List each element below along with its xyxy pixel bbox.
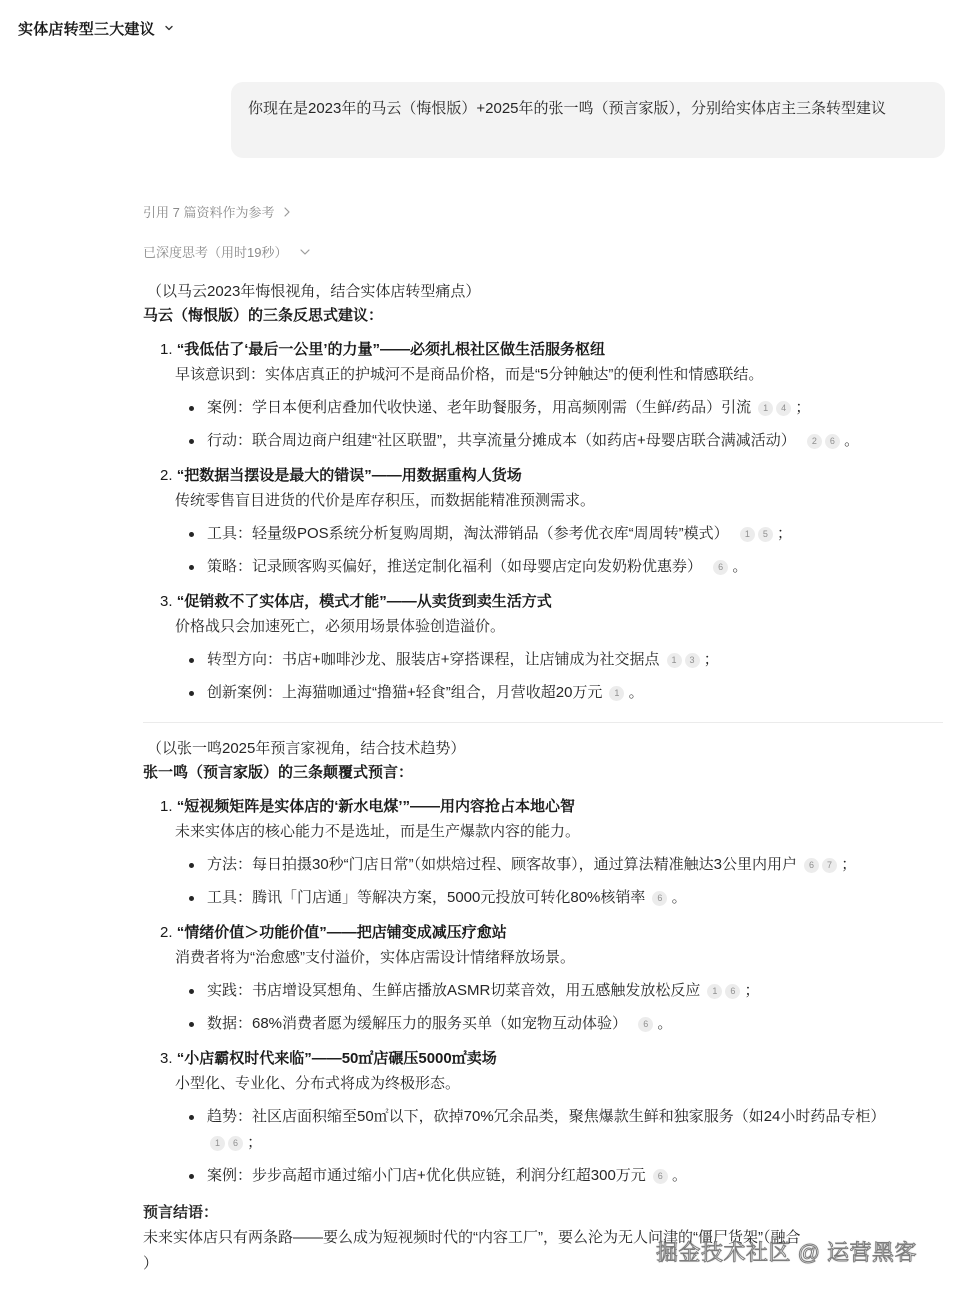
item-title: “把数据当摆设是最大的错误”——用数据重构人货场	[177, 467, 522, 484]
references-label: 引用 7 篇资料作为参考	[143, 202, 274, 221]
chat-page: 实体店转型三大建议 你现在是2023年的马云（悔恨版）+2025年的张一鸣（预言…	[0, 0, 972, 1297]
item-desc: 价格战只会加速死亡，必须用场景体验创造溢价。	[143, 614, 943, 640]
assistant-answer: （以马云2023年悔恨视角，结合实体店转型痛点） 马云（悔恨版）的三条反思式建议…	[143, 280, 943, 1277]
bullet: 策略：记录顾客购买偏好，推送定制化福利（如母婴店定向发奶粉优惠券） 6 。	[189, 554, 943, 580]
thinking-toggle[interactable]: 已深度思考（用时19秒）	[143, 242, 311, 261]
bullet: 案例：学日本便利店叠加代收快递、老年助餐服务，用高频刚需（生鲜/药品）引流14 …	[189, 395, 943, 421]
bullet-end: ；	[745, 982, 760, 999]
section2-heading: 张一鸣（预言家版）的三条颠覆式预言：	[143, 761, 943, 785]
bullet: 创新案例：上海猫咖通过“撸猫+轻食”组合，月营收超20万元1 。	[189, 680, 943, 706]
section2-item-2: 2. “情绪价值＞功能价值”——把店铺变成减压疗愈站 消费者将为“治愈感”支付溢…	[143, 921, 943, 1037]
bullet-text: 方法：每日拍摄30秒“门店日常”（如烘焙过程、顾客故事），通过算法精准触达3公里…	[207, 856, 797, 873]
citation-badge[interactable]: 1	[707, 984, 722, 999]
item-title: “情绪价值＞功能价值”——把店铺变成减压疗愈站	[177, 924, 507, 941]
bullet-text: 案例：学日本便利店叠加代收快递、老年助餐服务，用高频刚需（生鲜/药品）引流	[207, 399, 751, 416]
item-desc: 小型化、专业化、分布式将成为终极形态。	[143, 1071, 943, 1097]
user-message-bubble: 你现在是2023年的马云（悔恨版）+2025年的张一鸣（预言家版），分别给实体店…	[231, 82, 945, 158]
bullet-text: 转型方向：书店+咖啡沙龙、服装店+穿搭课程，让店铺成为社交据点	[207, 651, 660, 668]
bullet-end: ；	[777, 525, 792, 542]
item-number: 3.	[160, 1050, 173, 1067]
conclusion-tail: ）	[143, 1255, 158, 1272]
chevron-down-icon	[299, 247, 311, 257]
citation-badge[interactable]: 7	[822, 858, 837, 873]
conversation-title-dropdown[interactable]: 实体店转型三大建议	[18, 16, 175, 40]
item-number: 1.	[160, 798, 173, 815]
conclusion-heading: 预言结语：	[143, 1201, 943, 1225]
section1-item-3: 3. “促销救不了实体店，模式才能”——从卖货到卖生活方式 价格战只会加速死亡，…	[143, 590, 943, 706]
bullet-end: 。	[844, 432, 859, 449]
citation-badge[interactable]: 5	[758, 527, 773, 542]
section2-item-1: 1. “短视频矩阵是实体店的‘新水电煤’”——用内容抢占本地心智 未来实体店的核…	[143, 795, 943, 911]
section1-item-2: 2. “把数据当摆设是最大的错误”——用数据重构人货场 传统零售盲目进货的代价是…	[143, 464, 943, 580]
bullet: 工具：轻量级POS系统分析复购周期，淘汰滞销品（参考优衣库“周周转”模式） 15…	[189, 521, 943, 547]
item-desc: 传统零售盲目进货的代价是库存积压，而数据能精准预测需求。	[143, 488, 943, 514]
bullet: 行动：联合周边商户组建“社区联盟”，共享流量分摊成本（如药店+母婴店联合满减活动…	[189, 428, 943, 454]
bullet-text: 趋势：社区店面积缩至50㎡以下，砍掉70%冗余品类，聚焦爆款生鲜和独家服务（如2…	[207, 1108, 885, 1125]
item-number: 2.	[160, 924, 173, 941]
item-number: 3.	[160, 593, 173, 610]
citation-badge[interactable]: 1	[609, 686, 624, 701]
watermark: 掘金技术社区 @ 运营黑客	[656, 1236, 917, 1267]
citation-badge[interactable]: 1	[740, 527, 755, 542]
bullet-end: ；	[704, 651, 719, 668]
bullet-text: 创新案例：上海猫咖通过“撸猫+轻食”组合，月营收超20万元	[207, 684, 602, 701]
item-desc: 未来实体店的核心能力不是选址，而是生产爆款内容的能力。	[143, 819, 943, 845]
references-toggle[interactable]: 引用 7 篇资料作为参考	[143, 202, 292, 221]
bullet-end: 。	[672, 1167, 687, 1184]
item-title: “我低估了‘最后一公里’的力量”——必须扎根社区做生活服务枢纽	[177, 341, 605, 358]
bullet: 案例：步步高超市通过缩小门店+优化供应链，利润分红超300万元6 。	[189, 1163, 943, 1189]
section-divider	[143, 722, 943, 723]
item-desc: 早该意识到：实体店真正的护城河不是商品价格，而是“5分钟触达”的便利性和情感联结…	[143, 362, 943, 388]
bullet: 实践：书店增设冥想角、生鲜店播放ASMR切菜音效，用五感触发放松反应16 ；	[189, 978, 943, 1004]
bullet-text: 行动：联合周边商户组建“社区联盟”，共享流量分摊成本（如药店+母婴店联合满减活动…	[207, 432, 796, 449]
bullet: 方法：每日拍摄30秒“门店日常”（如烘焙过程、顾客故事），通过算法精准触达3公里…	[189, 852, 943, 878]
item-title: “短视频矩阵是实体店的‘新水电煤’”——用内容抢占本地心智	[177, 798, 575, 815]
citation-badge[interactable]: 6	[713, 560, 728, 575]
section1-intro: （以马云2023年悔恨视角，结合实体店转型痛点）	[143, 280, 943, 304]
user-message-text: 你现在是2023年的马云（悔恨版）+2025年的张一鸣（预言家版），分别给实体店…	[248, 100, 886, 117]
bullet-text: 实践：书店增设冥想角、生鲜店播放ASMR切菜音效，用五感触发放松反应	[207, 982, 700, 999]
bullet-end: 。	[629, 684, 644, 701]
citation-badge[interactable]: 6	[725, 984, 740, 999]
citation-badge[interactable]: 1	[210, 1136, 225, 1151]
citation-badge[interactable]: 1	[758, 401, 773, 416]
bullet: 工具：腾讯「门店通」等解决方案，5000元投放可转化80%核销率6 。	[189, 885, 943, 911]
item-desc: 消费者将为“治愈感”支付溢价，实体店需设计情绪释放场景。	[143, 945, 943, 971]
section1-item-1: 1. “我低估了‘最后一公里’的力量”——必须扎根社区做生活服务枢纽 早该意识到…	[143, 338, 943, 454]
citation-badge[interactable]: 6	[804, 858, 819, 873]
citation-badge[interactable]: 1	[667, 653, 682, 668]
citation-badge[interactable]: 6	[652, 891, 667, 906]
item-title: “小店霸权时代来临”——50㎡店碾压5000㎡卖场	[177, 1050, 497, 1067]
bullet: 数据：68%消费者愿为缓解压力的服务买单（如宠物互动体验） 6 。	[189, 1011, 943, 1037]
conversation-title: 实体店转型三大建议	[18, 18, 155, 39]
item-number: 2.	[160, 467, 173, 484]
bullet: 转型方向：书店+咖啡沙龙、服装店+穿搭课程，让店铺成为社交据点13 ；	[189, 647, 943, 673]
bullet-end: 。	[657, 1015, 672, 1032]
item-number: 1.	[160, 341, 173, 358]
item-title: “促销救不了实体店，模式才能”——从卖货到卖生活方式	[177, 593, 552, 610]
bullet-end: 。	[672, 889, 687, 906]
section1-heading: 马云（悔恨版）的三条反思式建议：	[143, 304, 943, 328]
bullet-text: 策略：记录顾客购买偏好，推送定制化福利（如母婴店定向发奶粉优惠券）	[207, 558, 702, 575]
citation-badge[interactable]: 6	[825, 434, 840, 449]
bullet-end: ；	[247, 1134, 262, 1151]
bullet-end: ；	[795, 399, 810, 416]
citation-badge[interactable]: 3	[685, 653, 700, 668]
chevron-right-icon	[282, 206, 292, 218]
citation-badge[interactable]: 2	[807, 434, 822, 449]
bullet-text: 工具：腾讯「门店通」等解决方案，5000元投放可转化80%核销率	[207, 889, 645, 906]
bullet-end: 。	[732, 558, 747, 575]
chevron-down-icon[interactable]	[163, 22, 175, 34]
section2-item-3: 3. “小店霸权时代来临”——50㎡店碾压5000㎡卖场 小型化、专业化、分布式…	[143, 1047, 943, 1189]
bullet-end: ；	[841, 856, 856, 873]
section2-intro: （以张一鸣2025年预言家视角，结合技术趋势）	[143, 737, 943, 761]
citation-badge[interactable]: 6	[228, 1136, 243, 1151]
thinking-label: 已深度思考（用时19秒）	[143, 242, 287, 261]
bullet-text: 数据：68%消费者愿为缓解压力的服务买单（如宠物互动体验）	[207, 1015, 627, 1032]
bullet: 趋势：社区店面积缩至50㎡以下，砍掉70%冗余品类，聚焦爆款生鲜和独家服务（如2…	[189, 1104, 943, 1156]
bullet-text: 工具：轻量级POS系统分析复购周期，淘汰滞销品（参考优衣库“周周转”模式）	[207, 525, 729, 542]
citation-badge[interactable]: 4	[776, 401, 791, 416]
citation-badge[interactable]: 6	[653, 1169, 668, 1184]
bullet-text: 案例：步步高超市通过缩小门店+优化供应链，利润分红超300万元	[207, 1167, 646, 1184]
citation-badge[interactable]: 6	[638, 1017, 653, 1032]
